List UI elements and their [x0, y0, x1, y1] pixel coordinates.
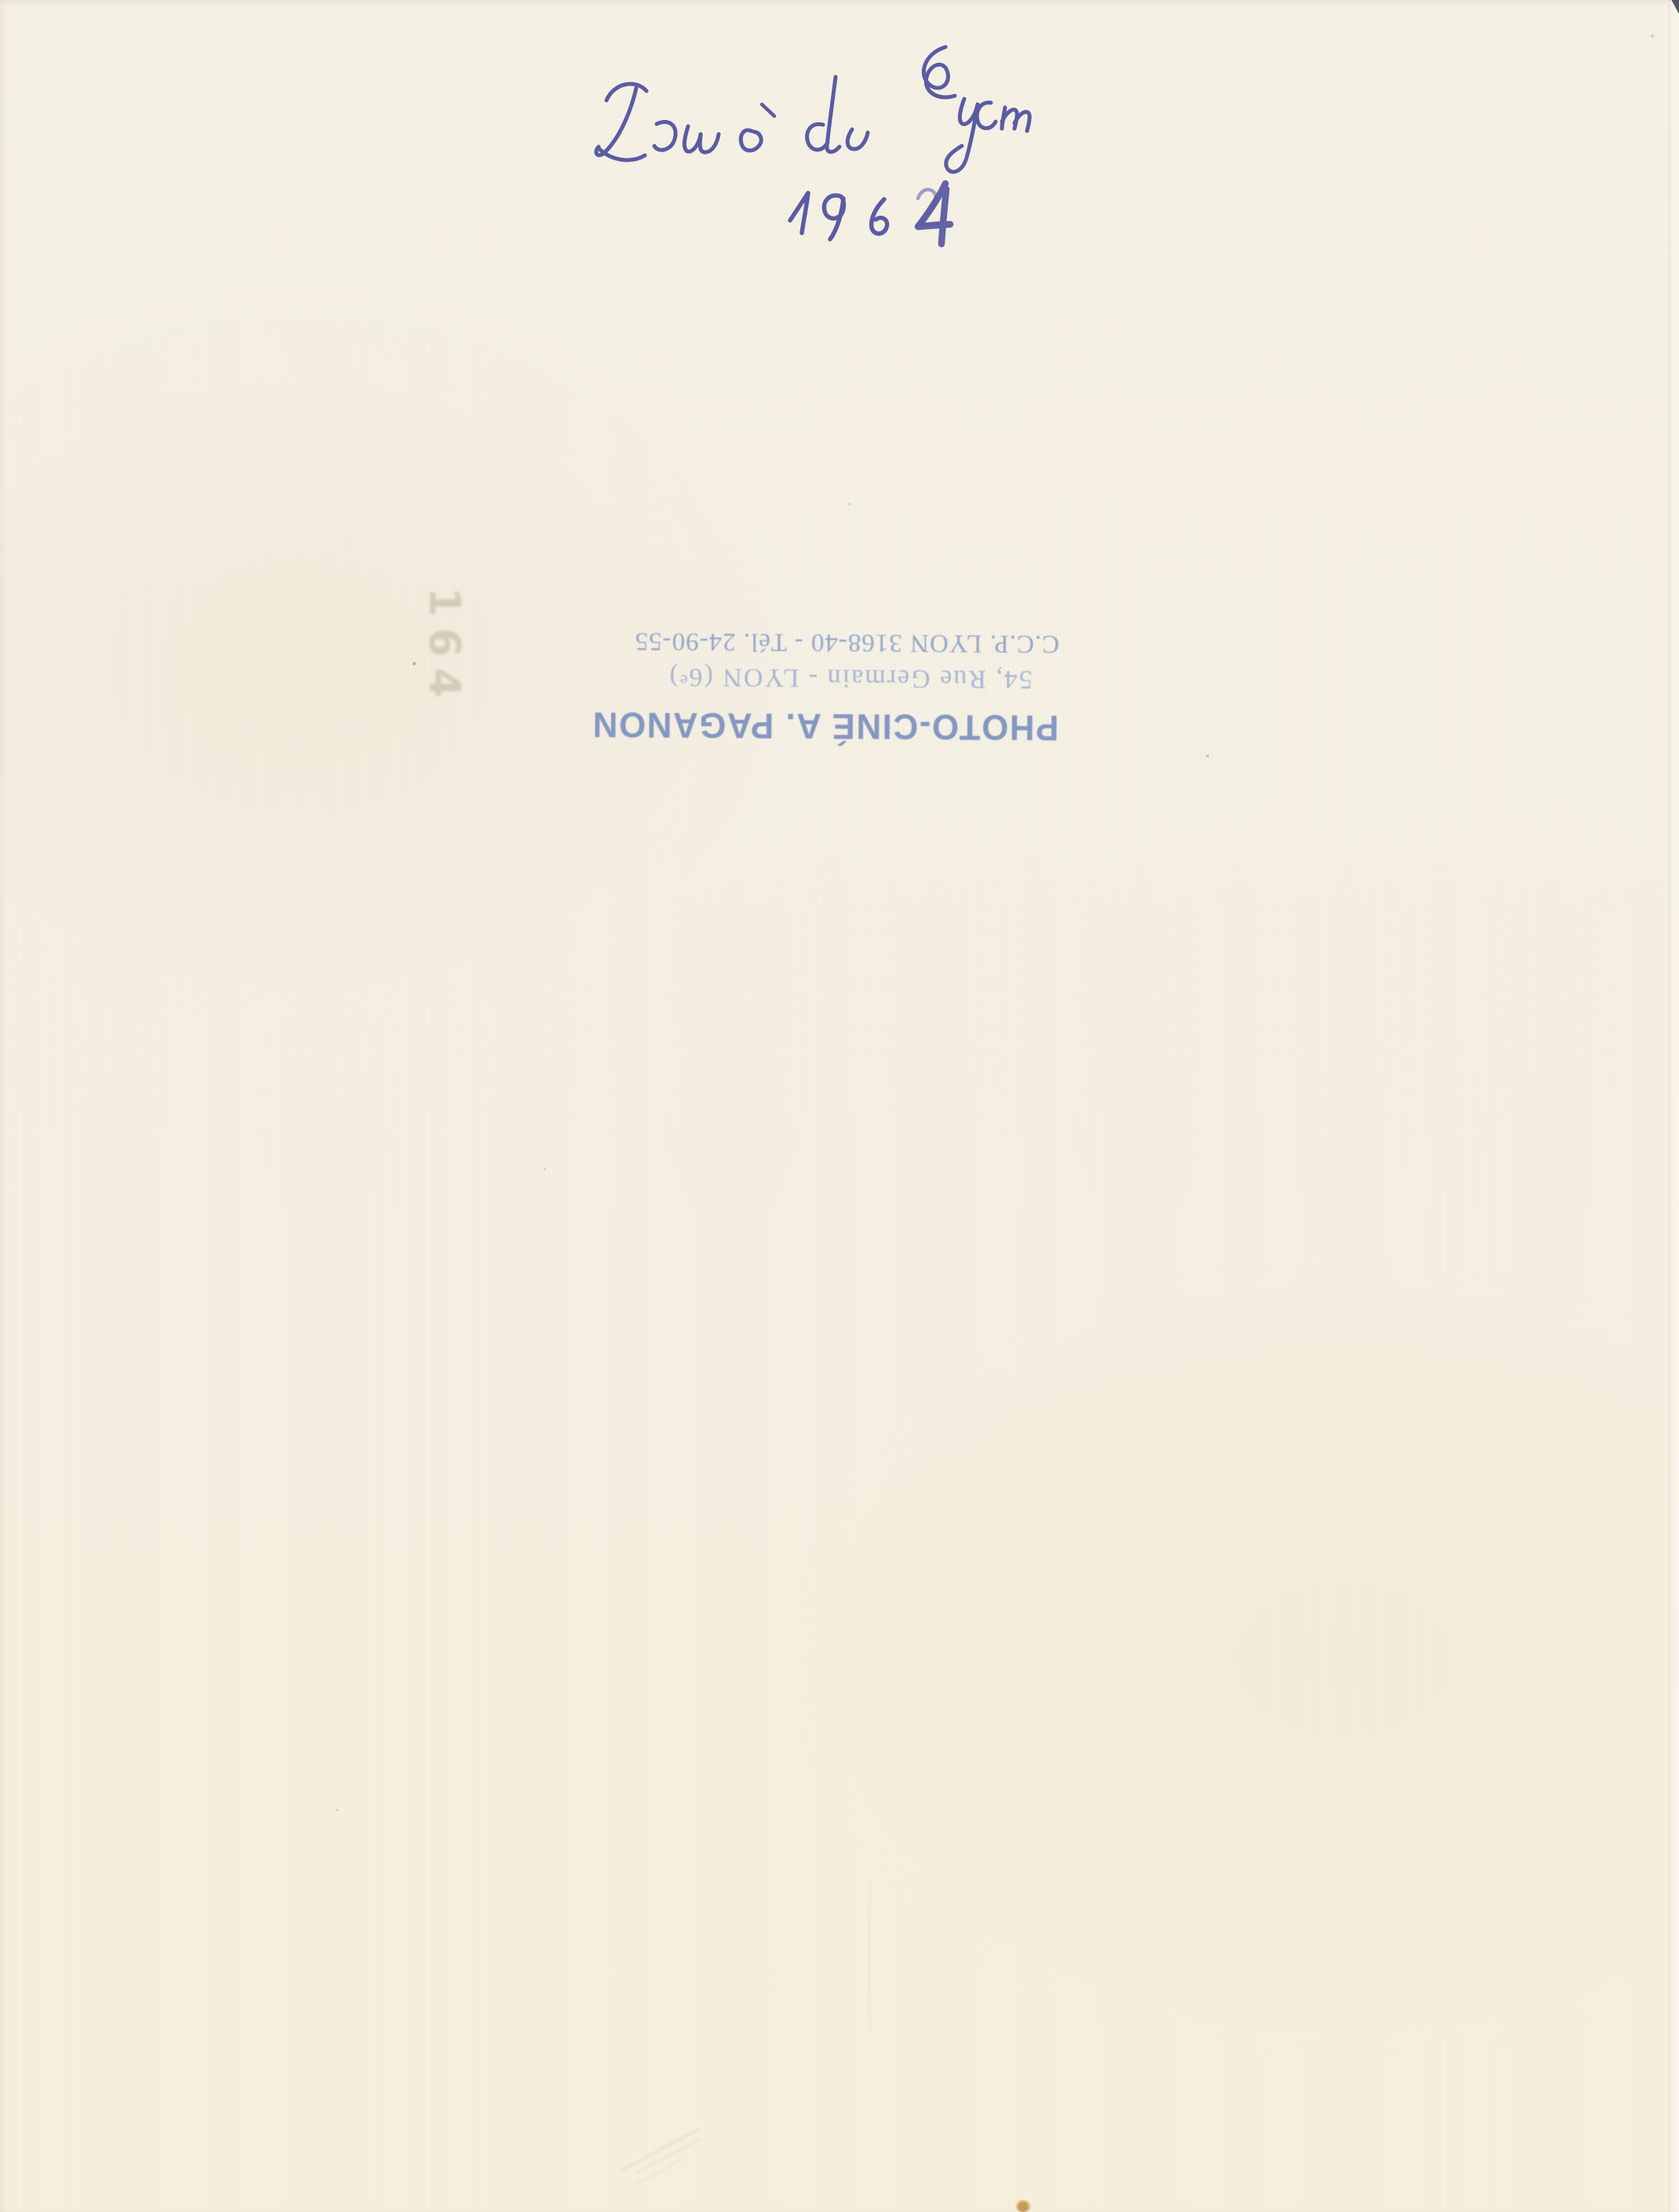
handwriting-strokes	[563, 30, 1053, 268]
stamp-address-prefix: 54, Rue Germain - LYON (6	[687, 663, 1033, 694]
stamp-account-phone: C.C.P. LYON 3168-40 - Tél. 24-90-55	[617, 626, 1059, 658]
paper-speck	[848, 503, 850, 505]
scan-right-edge	[1669, 0, 1679, 2212]
paper-speck	[544, 1168, 546, 1170]
paper-texture	[0, 0, 1679, 2212]
photographer-stamp: PHOTO-CINÉ A. PAGANON 54, Rue Germain - …	[616, 588, 1059, 748]
paper-speck	[1651, 35, 1654, 38]
paper-speck	[336, 1809, 339, 1811]
stamp-address-superscript: e	[679, 671, 688, 691]
handwritten-caption: Touè de Lyon 1964	[563, 30, 1053, 268]
pencil-number: 164	[390, 589, 500, 707]
stamp-address: 54, Rue Germain - LYON (6e)	[617, 661, 1033, 698]
handwriting-line1-text: Touè de Lyon	[563, 268, 564, 269]
paper-speck	[1206, 755, 1209, 758]
photo-verso-paper: Touè de Lyon 1964 164 PHOTO-CINÉ A. PAGA…	[0, 0, 1679, 2212]
stamp-shop-name: PHOTO-CINÉ A. PAGANON	[616, 703, 1058, 748]
handwriting-year-text: 1964	[563, 268, 564, 269]
pencil-smudge	[617, 2120, 726, 2212]
bottom-edge-stain	[1015, 2199, 1031, 2212]
stamp-address-suffix: )	[668, 662, 679, 691]
paper-crease	[869, 1867, 870, 2047]
paper-speck	[413, 662, 416, 665]
